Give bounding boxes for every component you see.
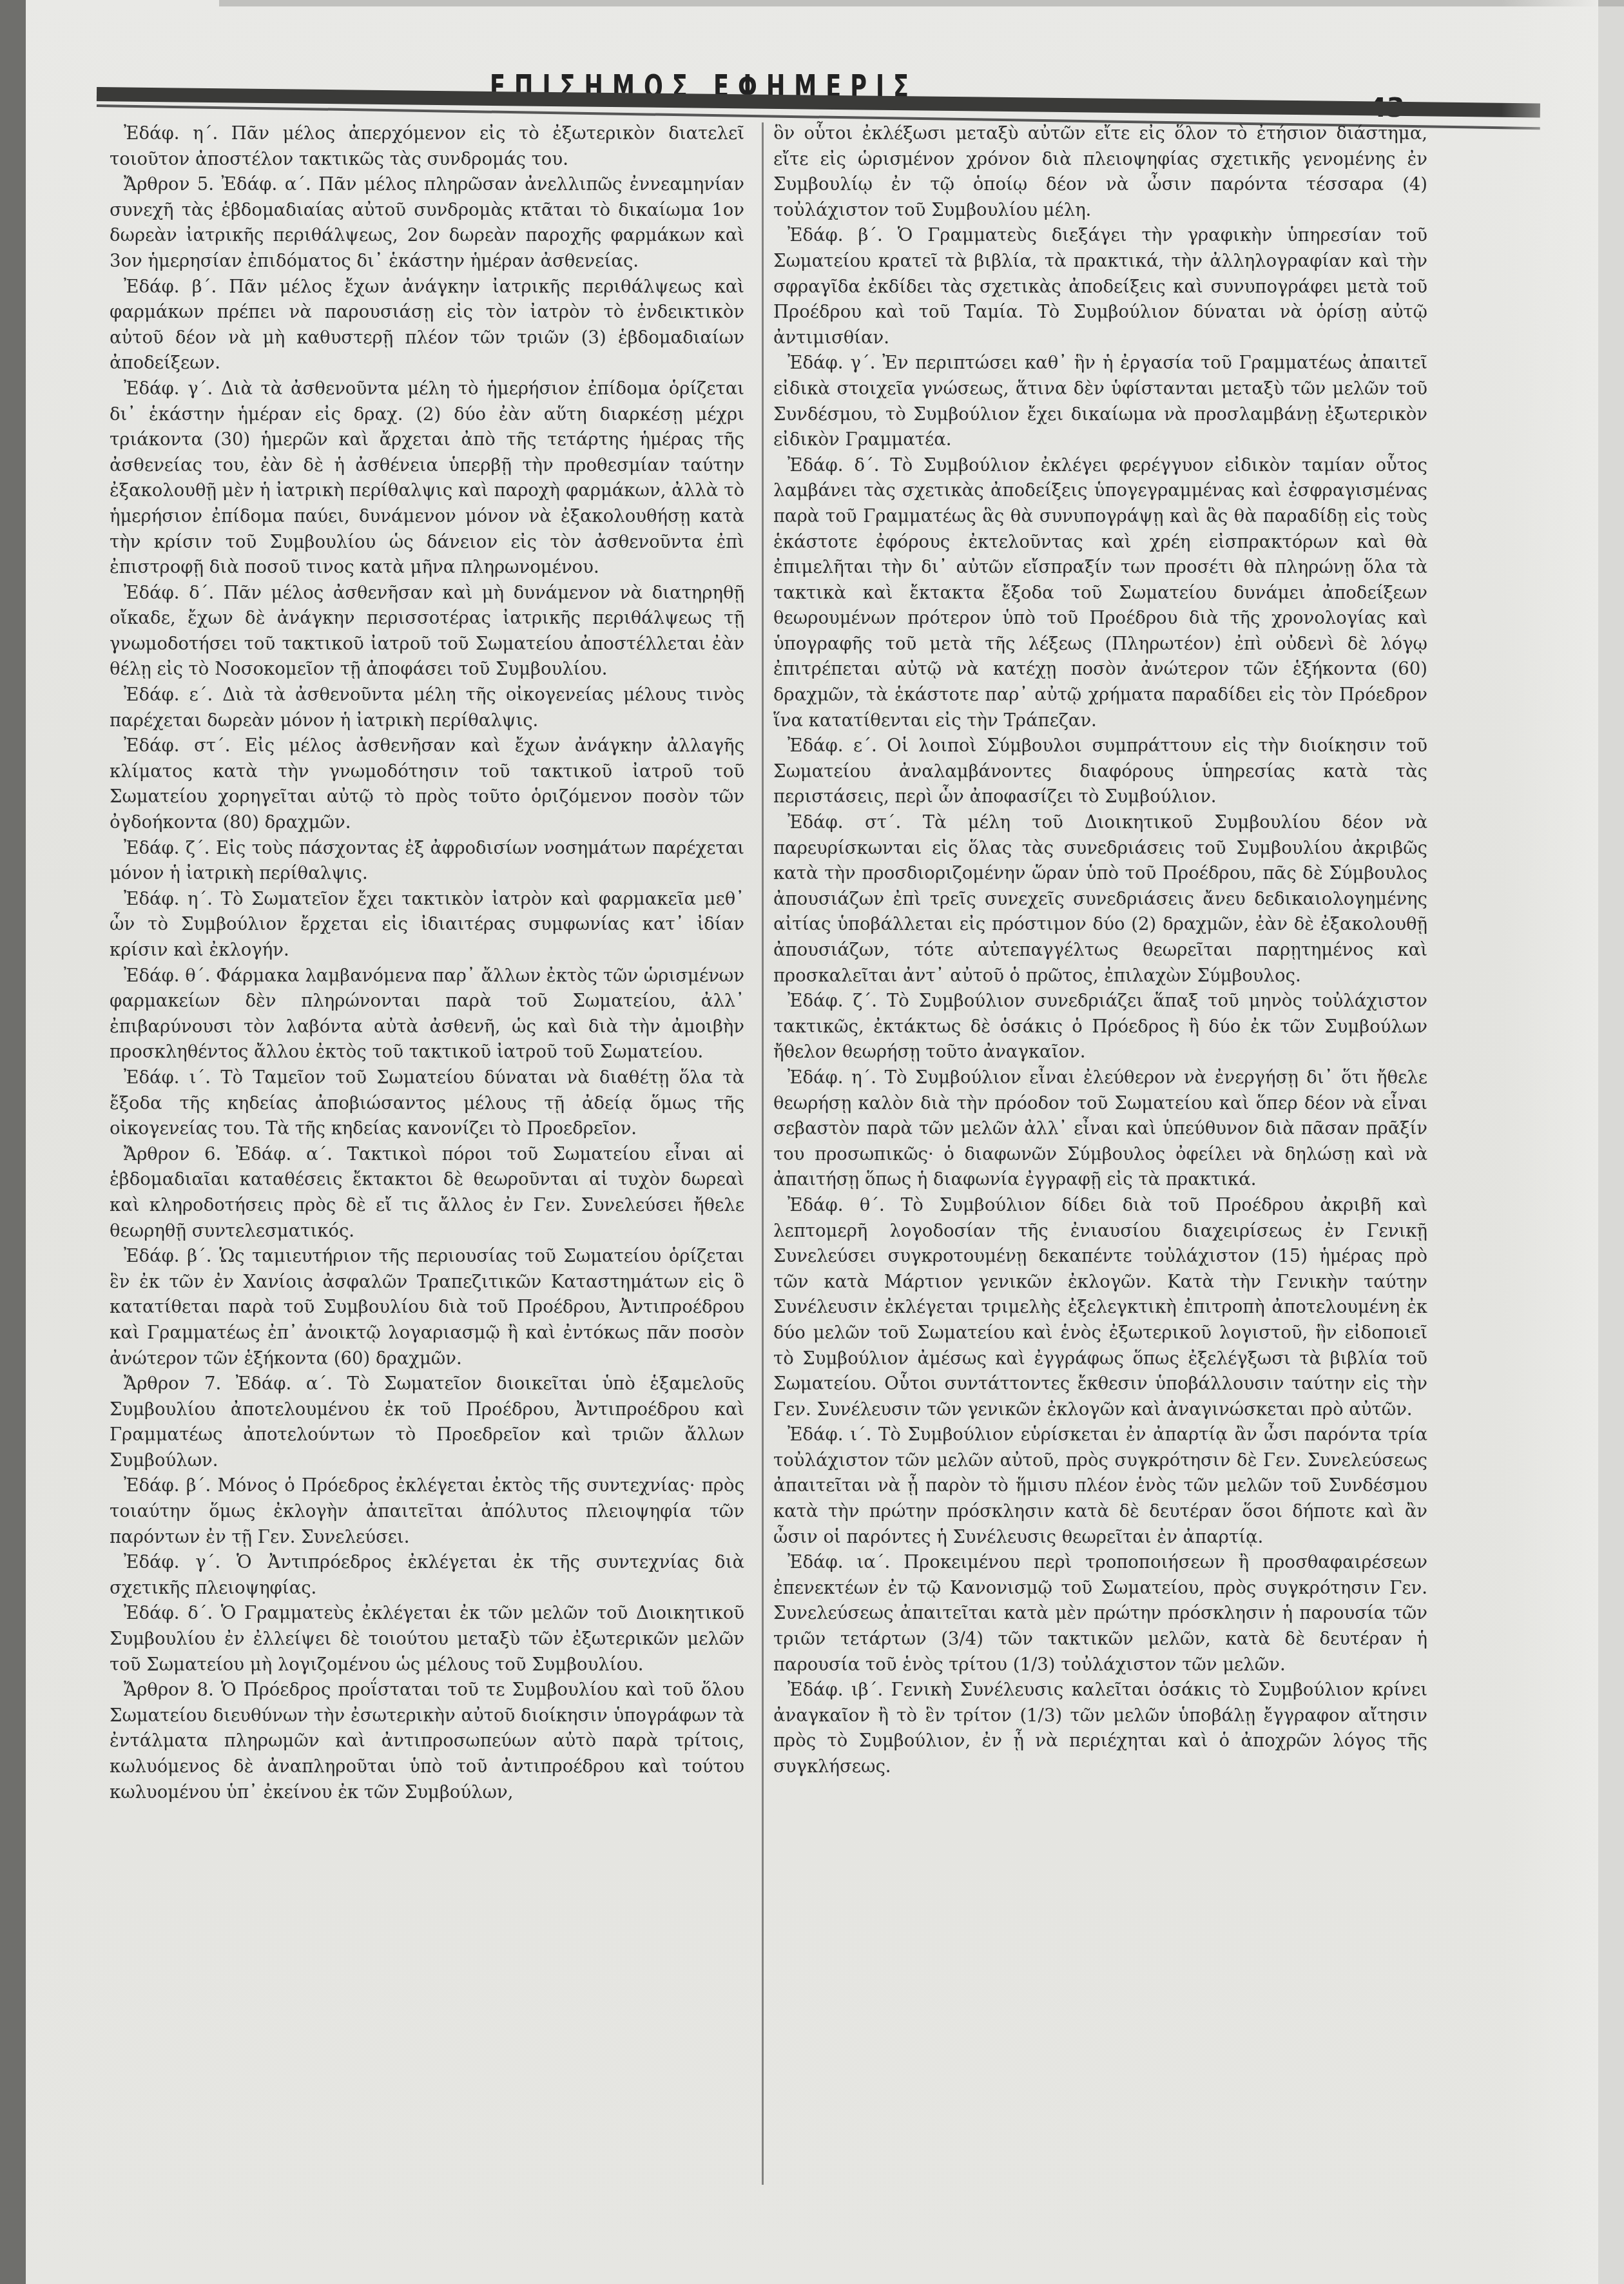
paragraph: Ἐδάφ. ζ΄. Τὸ Συμβούλιον συνεδριάζει ἅπαξ… (773, 989, 1427, 1065)
paragraph: Ἐδάφ. θ΄. Τὸ Συμβούλιον δίδει διὰ τοῦ Πρ… (773, 1193, 1427, 1422)
paragraph: Ἐδάφ. β΄. Μόνος ὁ Πρόεδρος ἐκλέγεται ἐκτ… (110, 1473, 744, 1550)
paragraph: Ἄρθρον 5. Ἐδάφ. α΄. Πᾶν μέλος πληρῶσαν ἀ… (110, 172, 744, 274)
paragraph: Ἐδάφ. ι΄. Τὸ Ταμεῖον τοῦ Σωματείου δύνατ… (110, 1065, 744, 1142)
paragraph: Ἐδάφ. ζ΄. Εἰς τοὺς πάσχοντας ἐξ ἀφροδισί… (110, 836, 744, 887)
column-divider (762, 122, 764, 2185)
paragraph: Ἐδάφ. β΄. Ὡς ταμιευτήριον τῆς περιουσίας… (110, 1244, 744, 1371)
paragraph: Ἐδάφ. γ΄. Διὰ τὰ ἀσθενοῦντα μέλη τὸ ἡμερ… (110, 376, 744, 581)
paragraph: Ἐδάφ. η΄. Πᾶν μέλος ἀπερχόμενον εἰς τὸ ἐ… (110, 121, 744, 172)
paragraph: Ἐδάφ. θ΄. Φάρμακα λαμβανόμενα παρ᾽ ἄλλων… (110, 963, 744, 1065)
right-column: ὃν οὗτοι ἐκλέξωσι μεταξὺ αὐτῶν εἴτε εἰς … (773, 121, 1427, 1780)
paragraph: Ἐδάφ. ιβ΄. Γενικὴ Συνέλευσις καλεῖται ὁσ… (773, 1678, 1427, 1779)
paragraph: Ἄρθρον 6. Ἐδάφ. α΄. Τακτικοὶ πόροι τοῦ Σ… (110, 1142, 744, 1244)
paragraph: Ἄρθρον 8. Ὁ Πρόεδρος προΐσταται τοῦ τε Σ… (110, 1678, 744, 1805)
paragraph: Ἐδάφ. δ΄. Ὁ Γραμματεὺς ἐκλέγεται ἐκ τῶν … (110, 1601, 744, 1678)
paragraph: Ἐδάφ. δ΄. Πᾶν μέλος ἀσθενῆσαν καὶ μὴ δυν… (110, 581, 744, 682)
paragraph: Ἐδάφ. ε΄. Οἱ λοιποὶ Σύμβουλοι συμπράττου… (773, 733, 1427, 810)
scan-right-margin (1502, 0, 1598, 2284)
paragraph: Ἐδάφ. δ΄. Τὸ Συμβούλιον ἐκλέγει φερέγγυο… (773, 453, 1427, 734)
newspaper-page: ΕΠΙΣΗΜΟΣ ΕΦΗΜΕΡΙΣ 43 Ἐδάφ. η΄. Πᾶν μέλος… (26, 0, 1598, 2284)
paragraph: Ἐδάφ. ια΄. Προκειμένου περὶ τροποποιήσεω… (773, 1550, 1427, 1678)
scan-top-shadow (219, 0, 1624, 6)
left-column: Ἐδάφ. η΄. Πᾶν μέλος ἀπερχόμενον εἰς τὸ ἐ… (110, 121, 744, 1805)
paragraph: Ἐδάφ. γ΄. Ἐν περιπτώσει καθ᾽ ἣν ἡ ἐργασί… (773, 351, 1427, 452)
paragraph: Ἐδάφ. η΄. Τὸ Σωματεῖον ἔχει τακτικὸν ἰατ… (110, 887, 744, 963)
paragraph: Ἐδάφ. η΄. Τὸ Συμβούλιον εἶναι ἐλεύθερον … (773, 1065, 1427, 1193)
paragraph: ὃν οὗτοι ἐκλέξωσι μεταξὺ αὐτῶν εἴτε εἰς … (773, 121, 1427, 223)
paragraph: Ἐδάφ. στ΄. Εἰς μέλος ἀσθενῆσαν καὶ ἔχων … (110, 733, 744, 835)
scan-left-edge (0, 0, 26, 2284)
paragraph: Ἐδάφ. ι΄. Τὸ Συμβούλιον εὑρίσκεται ἐν ἀπ… (773, 1422, 1427, 1550)
paragraph: Ἐδάφ. β΄. Πᾶν μέλος ἔχων ἀνάγκην ἰατρικῆ… (110, 275, 744, 376)
paragraph: Ἄρθρον 7. Ἐδάφ. α΄. Τὸ Σωματεῖον διοικεῖ… (110, 1371, 744, 1473)
paragraph: Ἐδάφ. β΄. Ὁ Γραμματεὺς διεξάγει τὴν γραφ… (773, 223, 1427, 351)
paragraph: Ἐδάφ. στ΄. Τὰ μέλη τοῦ Διοικητικοῦ Συμβο… (773, 810, 1427, 989)
paragraph: Ἐδάφ. ε΄. Διὰ τὰ ἀσθενοῦντα μέλη τῆς οἰκ… (110, 682, 744, 733)
paragraph: Ἐδάφ. γ΄. Ὁ Ἀντιπρόεδρος ἐκλέγεται ἐκ τῆ… (110, 1550, 744, 1601)
